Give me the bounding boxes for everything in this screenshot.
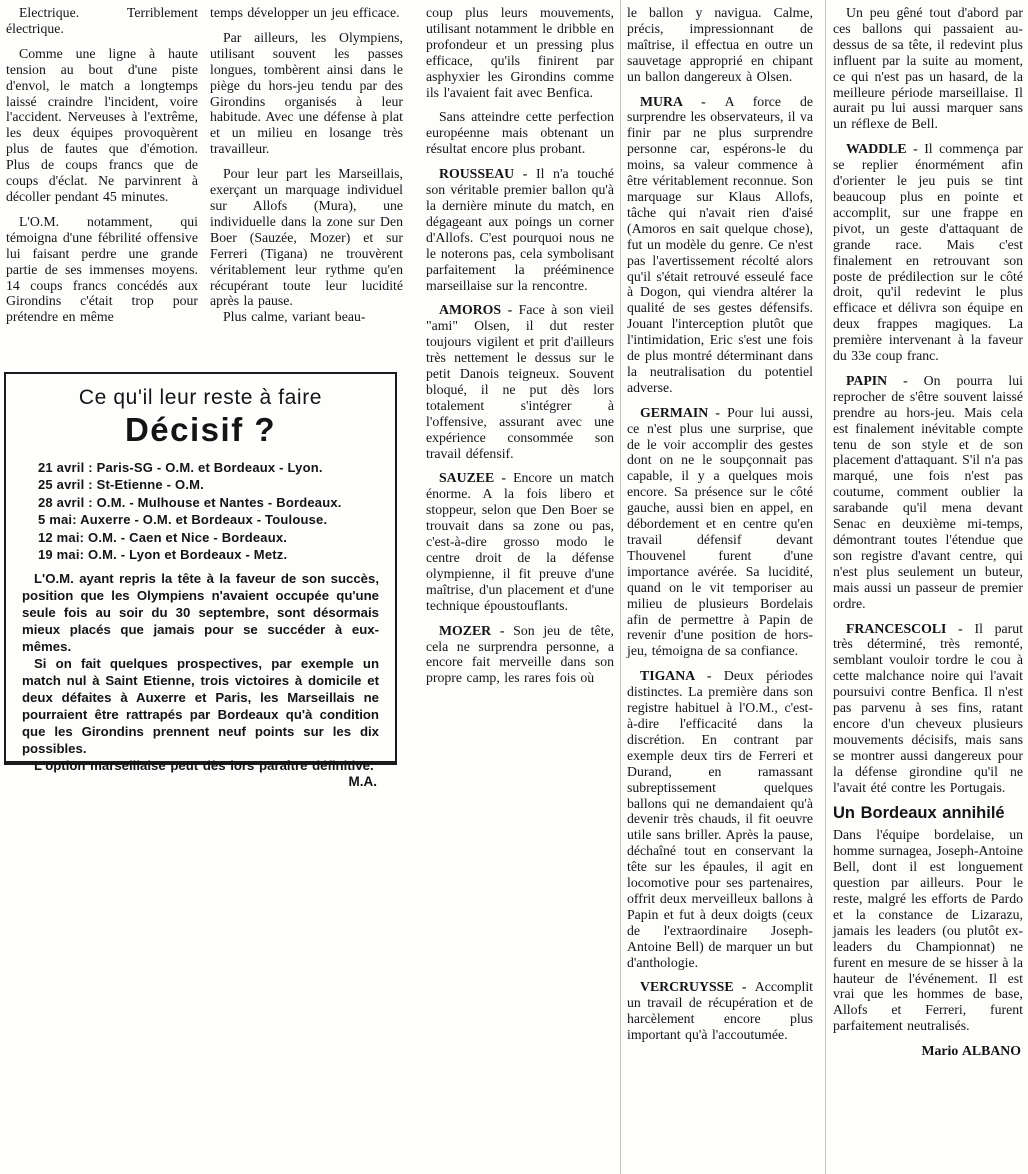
player-rating-paragraph: GERMAIN - Pour lui aussi, ce n'est plus …: [627, 405, 813, 660]
player-rating-paragraph: SAUZEE - Encore un match énorme. A la fo…: [426, 470, 614, 613]
schedule-line: 12 mai: O.M. - Caen et Nice - Bordeaux.: [38, 529, 379, 546]
player-name: GERMAIN -: [640, 405, 727, 420]
player-rating-paragraph: FRANCESCOLI - Il parut très déterminé, t…: [833, 621, 1023, 796]
article-paragraph: Comme une ligne à haute tension au bout …: [6, 46, 198, 205]
article-column-3: coup plus leurs mouvements, utilisant no…: [426, 5, 614, 695]
article-paragraph: Dans l'équipe bordelaise, un homme surna…: [833, 827, 1023, 1034]
player-name: WADDLE -: [846, 141, 924, 156]
player-name: AMOROS -: [439, 302, 519, 317]
article-column-2: temps développer un jeu efficace.Par ail…: [210, 5, 403, 334]
player-name: ROUSSEAU -: [439, 166, 536, 181]
player-rating-paragraph: VERCRUYSSE - Accomplit un travail de réc…: [627, 979, 813, 1043]
article-paragraph: Pour leur part les Marseillais, exerçant…: [210, 166, 403, 309]
player-rating-paragraph: MURA - A force de surprendre les observa…: [627, 94, 813, 396]
schedule-box-paragraphs: L'O.M. ayant repris la tête à la faveur …: [22, 570, 379, 774]
article-paragraph: coup plus leurs mouvements, utilisant no…: [426, 5, 614, 100]
player-name: MOZER -: [439, 623, 513, 638]
player-name: PAPIN -: [846, 373, 924, 388]
player-rating-paragraph: AMOROS - Face à son vieil "ami" Olsen, i…: [426, 302, 614, 461]
schedule-box-paragraph: Si on fait quelques prospectives, par ex…: [22, 655, 379, 757]
article-paragraph: Electrique. Terriblement électrique.: [6, 5, 198, 37]
schedule-line: 28 avril : O.M. - Mulhouse et Nantes - B…: [38, 494, 379, 511]
player-name: MURA -: [640, 94, 725, 109]
schedule-box: Ce qu'il leur reste à faire Décisif ? 21…: [4, 372, 397, 765]
player-name: SAUZEE -: [439, 470, 513, 485]
column-rule: [825, 0, 826, 1174]
article-column-1: Electrique. Terriblement électrique.Comm…: [6, 5, 198, 334]
schedule-box-title: Ce qu'il leur reste à faire: [22, 386, 379, 410]
schedule-box-paragraph: L'option marseillaise peut dès lors para…: [22, 757, 379, 774]
article-paragraph: temps développer un jeu efficace.: [210, 5, 403, 21]
schedule-box-paragraph: L'O.M. ayant repris la tête à la faveur …: [22, 570, 379, 655]
schedule-line: 5 mai: Auxerre - O.M. et Bordeaux - Toul…: [38, 511, 379, 528]
section-subhead: Un Bordeaux annihilé: [833, 806, 1023, 822]
article-paragraph: Plus calme, variant beau-: [210, 309, 403, 325]
column-rule: [620, 0, 621, 1174]
newspaper-page: Electrique. Terriblement électrique.Comm…: [0, 0, 1028, 1174]
author-signature: Mario ALBANO: [833, 1043, 1021, 1059]
schedule-line: 21 avril : Paris-SG - O.M. et Bordeaux -…: [38, 459, 379, 476]
schedule-line: 19 mai: O.M. - Lyon et Bordeaux - Metz.: [38, 546, 379, 563]
player-rating-paragraph: WADDLE - Il commença par se replier énor…: [833, 141, 1023, 364]
article-paragraph: le ballon y navigua. Calme, précis, impr…: [627, 5, 813, 85]
player-name: TIGANA -: [640, 668, 724, 683]
article-paragraph: Sans atteindre cette perfection européen…: [426, 109, 614, 157]
player-rating-paragraph: ROUSSEAU - Il n'a touché son véritable p…: [426, 166, 614, 293]
player-name: VERCRUYSSE -: [640, 979, 755, 994]
player-name: FRANCESCOLI -: [846, 621, 974, 636]
player-rating-paragraph: MOZER - Son jeu de tête, cela ne surpren…: [426, 623, 614, 687]
schedule-line: 25 avril : St-Etienne - O.M.: [38, 476, 379, 493]
schedule-box-headline: Décisif ?: [22, 411, 379, 449]
schedule-box-signature: M.A.: [22, 774, 377, 789]
schedule-list: 21 avril : Paris-SG - O.M. et Bordeaux -…: [38, 459, 379, 563]
article-column-5: Un peu gêné tout d'abord par ces ballons…: [833, 5, 1023, 1059]
article-paragraph: L'O.M. notamment, qui témoigna d'une féb…: [6, 214, 198, 325]
player-rating-paragraph: TIGANA - Deux périodes distinctes. La pr…: [627, 668, 813, 970]
article-paragraph: Par ailleurs, les Olympiens, utilisant s…: [210, 30, 403, 157]
player-rating-paragraph: PAPIN - On pourra lui reprocher de s'êtr…: [833, 373, 1023, 612]
article-paragraph: Un peu gêné tout d'abord par ces ballons…: [833, 5, 1023, 132]
article-column-4: le ballon y navigua. Calme, précis, impr…: [627, 5, 813, 1052]
